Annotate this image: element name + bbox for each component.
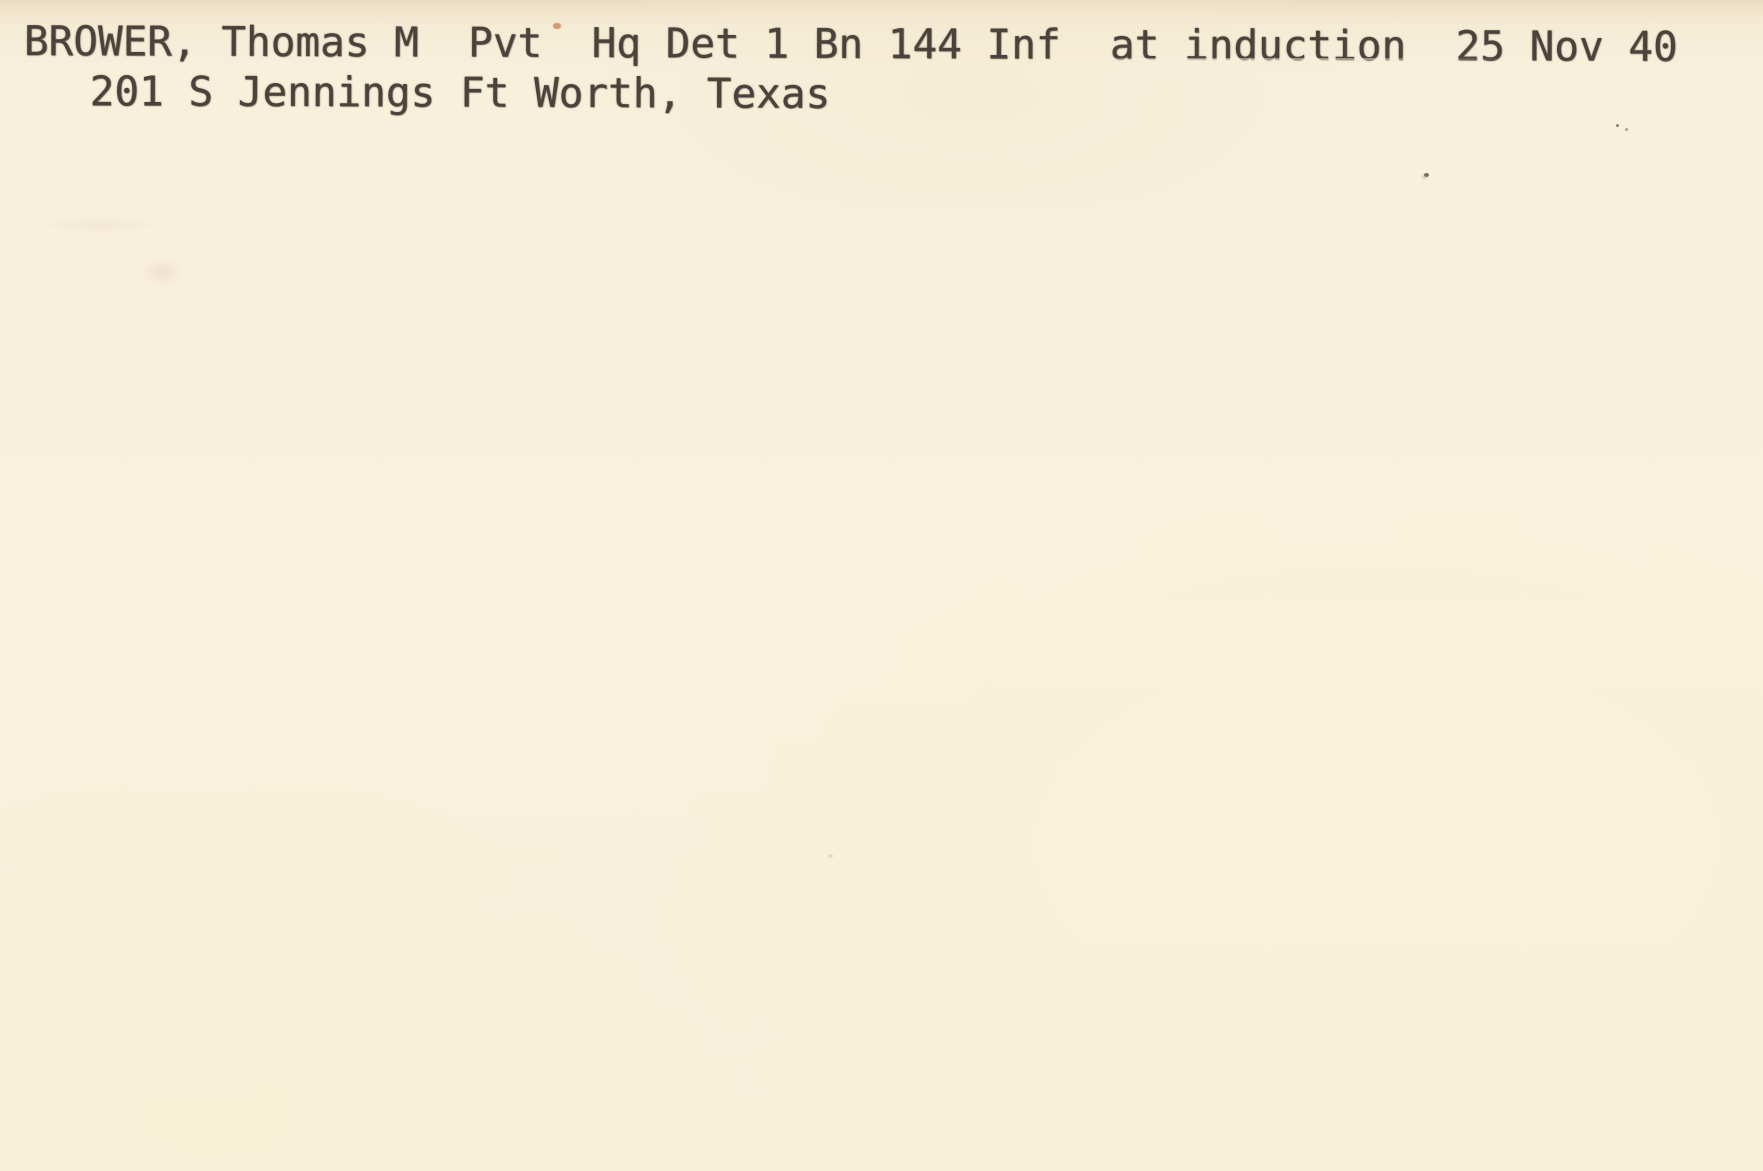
index-card: BROWER, Thomas M Pvt Hq Det 1 Bn 144 Inf… — [0, 0, 1763, 1171]
paper-speck-dark — [1424, 173, 1429, 177]
paper-speck-double-dot — [1616, 124, 1619, 127]
typed-text-block: BROWER, Thomas M Pvt Hq Det 1 Bn 144 Inf… — [24, 16, 1678, 122]
typed-line-address: 201 S Jennings Ft Worth, Texas — [24, 66, 1678, 122]
paper-speck-faint — [828, 854, 833, 858]
typed-line-service-record: BROWER, Thomas M Pvt Hq Det 1 Bn 144 Inf… — [24, 16, 1678, 72]
